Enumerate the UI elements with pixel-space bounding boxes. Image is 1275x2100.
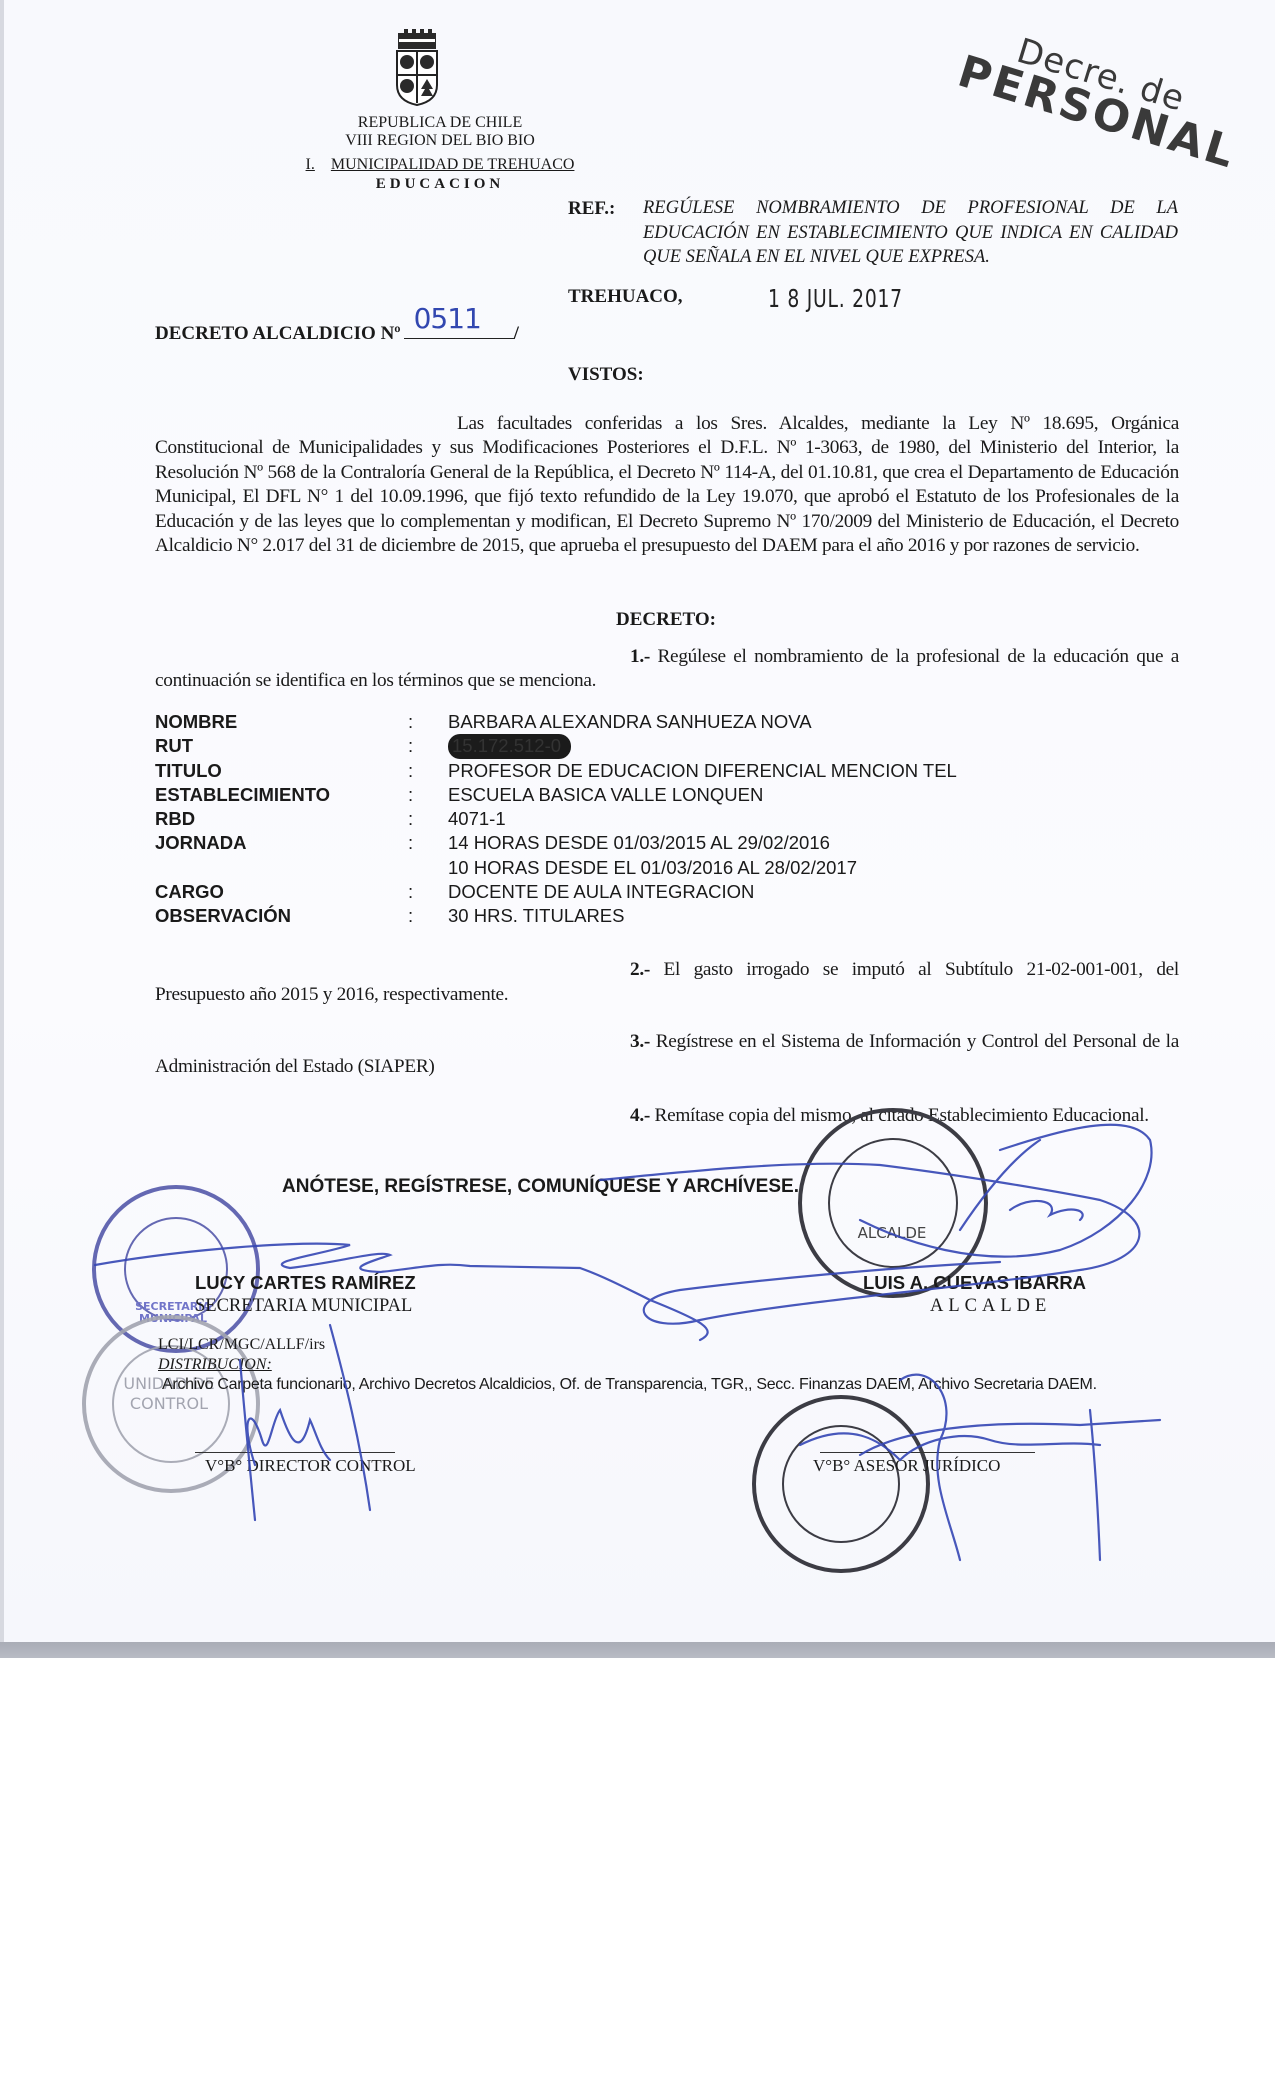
header-municipality-name: MUNICIPALIDAD DE TREHUACO — [331, 156, 575, 173]
decreto-heading: DECRETO: — [616, 609, 716, 631]
place-label: TREHUACO, — [568, 286, 683, 308]
secretary-name: LUCY CARTES RAMÍREZ — [195, 1272, 416, 1294]
field-separator: : — [408, 831, 448, 880]
date-stamp: 1 8 JUL. 2017 — [768, 284, 903, 313]
item-number: 2.- — [630, 959, 650, 980]
field-value: DOCENTE DE AULA INTEGRACION — [448, 880, 1048, 904]
header-country: REPUBLICA DE CHILE — [260, 114, 620, 132]
field-value: 4071-1 — [448, 807, 1048, 831]
control-approval-label: V°B° DIRECTOR CONTROL — [205, 1456, 416, 1476]
field-separator: : — [408, 807, 448, 831]
decreto-item-3: 3.- Regístrese en el Sistema de Informac… — [155, 1029, 1179, 1079]
vistos-paragraph: Las facultades conferidas a los Sres. Al… — [155, 412, 1179, 558]
decree-number: DECRETO ALCALDICIO Nº0511/ — [155, 320, 519, 345]
field-label: JORNADA — [155, 831, 408, 880]
field-row-jornada: JORNADA:14 HORAS DESDE 01/03/2015 AL 29/… — [155, 831, 1048, 880]
field-value-wrapper: 15.172.512-0 — [448, 734, 1048, 758]
item-text: Regúlese el nombramiento de la profesion… — [155, 646, 1179, 691]
item-number: 3.- — [630, 1031, 650, 1052]
distribution-list: Archivo Carpeta funcionario, Archivo Dec… — [162, 1376, 1097, 1394]
decree-number-suffix: / — [514, 323, 519, 344]
decreto-item-4: 4.- Remítase copia del mismo, al citado … — [155, 1103, 1179, 1128]
field-separator: : — [408, 734, 448, 758]
mayor-seal: ALCALDE — [798, 1108, 988, 1298]
decreto-item-2: 2.- El gasto irrogado se imputó al Subtí… — [155, 957, 1179, 1007]
appointment-fields: NOMBRE:BARBARA ALEXANDRA SANHUEZA NOVA R… — [155, 710, 1048, 929]
field-label: OBSERVACIÓN — [155, 904, 408, 928]
ref-text: REGÚLESE NOMBRAMIENTO DE PROFESIONAL DE … — [643, 196, 1178, 270]
jornada-line-1: 14 HORAS DESDE 01/03/2015 AL 29/02/2016 — [448, 832, 830, 853]
field-separator: : — [408, 710, 448, 734]
field-value: ESCUELA BASICA VALLE LONQUEN — [448, 783, 1048, 807]
closing-formula: ANÓTESE, REGÍSTRESE, COMUNÍQUESE Y ARCHÍ… — [282, 1176, 799, 1198]
field-value: PROFESOR DE EDUCACION DIFERENCIAL MENCIO… — [448, 759, 1048, 783]
field-label: NOMBRE — [155, 710, 408, 734]
legal-signature-line — [820, 1452, 1035, 1453]
decree-number-label: DECRETO ALCALDICIO Nº — [155, 323, 401, 344]
field-label: RUT — [155, 734, 408, 758]
redacted-rut-value: 15.172.512-0 — [448, 734, 571, 758]
field-label: RBD — [155, 807, 408, 831]
field-value: 30 HRS. TITULARES — [448, 904, 1048, 928]
header-municipality: I.MUNICIPALIDAD DE TREHUACO — [260, 156, 620, 174]
field-separator: : — [408, 759, 448, 783]
field-value: BARBARA ALEXANDRA SANHUEZA NOVA — [448, 710, 1048, 734]
control-signature-line — [195, 1452, 395, 1453]
mayor-name: LUIS A. CUEVAS IBARRA — [863, 1272, 1086, 1294]
legal-seal — [752, 1395, 930, 1573]
ref-label: REF.: — [568, 198, 615, 220]
field-row-establecimiento: ESTABLECIMIENTO:ESCUELA BASICA VALLE LON… — [155, 783, 1048, 807]
field-label: ESTABLECIMIENTO — [155, 783, 408, 807]
distribution-heading: DISTRIBUCION: — [158, 1356, 272, 1374]
field-row-titulo: TITULO:PROFESOR DE EDUCACION DIFERENCIAL… — [155, 759, 1048, 783]
field-row-rut: RUT:15.172.512-0 — [155, 734, 1048, 758]
field-value: 14 HORAS DESDE 01/03/2015 AL 29/02/20161… — [448, 831, 1048, 880]
field-separator: : — [408, 904, 448, 928]
field-row-rbd: RBD:4071-1 — [155, 807, 1048, 831]
item-text: Regístrese en el Sistema de Información … — [155, 1031, 1179, 1077]
field-row-nombre: NOMBRE:BARBARA ALEXANDRA SANHUEZA NOVA — [155, 710, 1048, 734]
vistos-heading: VISTOS: — [568, 364, 644, 386]
page-edge — [0, 0, 4, 1645]
initials: LCI/LCR/MGC/ALLF/irs — [158, 1336, 325, 1354]
legal-approval-label: V°B° ASESOR JURÍDICO — [813, 1456, 1000, 1476]
mayor-role: ALCALDE — [930, 1296, 1051, 1317]
item-number: 4.- — [630, 1105, 650, 1126]
field-label: TITULO — [155, 759, 408, 783]
header-municipality-prefix: I. — [306, 156, 315, 173]
header-region: VIII REGION DEL BIO BIO — [260, 132, 620, 150]
header-department: EDUCACION — [260, 175, 620, 193]
field-separator: : — [408, 880, 448, 904]
item-text: El gasto irrogado se imputó al Subtítulo… — [155, 959, 1179, 1005]
item-number: 1.- — [630, 646, 650, 667]
jornada-line-2: 10 HORAS DESDE EL 01/03/2016 AL 28/02/20… — [448, 857, 857, 878]
decree-number-field: 0511 — [404, 320, 514, 339]
field-separator: : — [408, 783, 448, 807]
field-label: CARGO — [155, 880, 408, 904]
field-row-observacion: OBSERVACIÓN:30 HRS. TITULARES — [155, 904, 1048, 928]
secretary-role: SECRETARIA MUNICIPAL — [195, 1296, 412, 1317]
decreto-item-1: 1.- Regúlese el nombramiento de la profe… — [155, 645, 1179, 694]
decree-number-handwritten: 0511 — [414, 302, 481, 335]
municipal-coat-of-arms-icon — [392, 27, 442, 111]
field-row-cargo: CARGO:DOCENTE DE AULA INTEGRACION — [155, 880, 1048, 904]
scan-bottom-edge — [0, 1642, 1275, 1658]
seal-inner-text: ALCALDE — [832, 1224, 952, 1242]
